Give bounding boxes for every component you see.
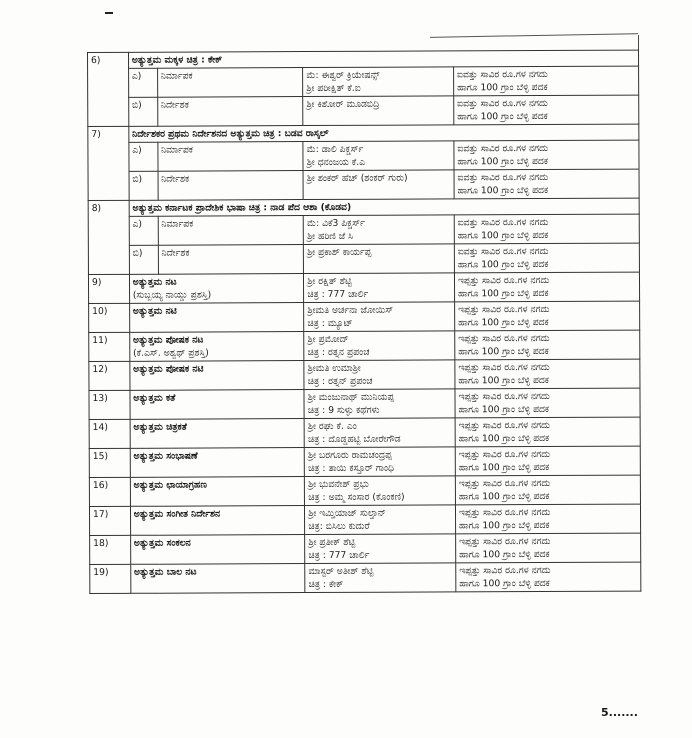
- awardee-line: ಮೆ: ವಿಕೆ3 ಪಿಕ್ಚರ್ಸ್: [307, 216, 451, 230]
- prize-cell: ಐವತ್ತು ಸಾವಿರ ರೂ.ಗಳ ನಗದುಹಾಗೂ 100 ಗ್ರಾಂ ಬೆ…: [454, 66, 639, 96]
- awardee-line: ಚಿತ್ರ : ರತ್ನನ್ ಪ್ರಪಂಚ: [308, 374, 452, 388]
- prize-cell: ಇಪ್ಪತ್ತು ಸಾವಿರ ರೂ.ಗಳ ನಗದುಹಾಗೂ 100 ಗ್ರಾಂ …: [456, 533, 641, 563]
- prize-line: ಇಪ್ಪತ್ತು ಸಾವಿರ ರೂ.ಗಳ ನಗದು: [459, 477, 637, 491]
- role-label: ನಿರ್ಮಾಪಕ: [157, 68, 303, 98]
- prize-line: ಹಾಗೂ 100 ಗ್ರಾಂ ಬೆಳ್ಳಿ ಪದಕ: [458, 403, 636, 417]
- award-category-cell: ಅತ್ಯುತ್ತಮ ಚಿತ್ರಕತೆ: [130, 419, 305, 449]
- award-category: ಅತ್ಯುತ್ತಮ ಪೋಷಕ ನಟ: [133, 333, 301, 347]
- awardee-line: ಚಿತ್ರ : ಅಮ್ಮ ಸಂಸಾರ (ಕೊಂಕಣಿ): [308, 490, 452, 504]
- prize-line: ಇಪ್ಪತ್ತು ಸಾವಿರ ರೂ.ಗಳ ನಗದು: [459, 506, 637, 520]
- prize-line: ಇಪ್ಪತ್ತು ಸಾವಿರ ರೂ.ಗಳ ನಗದು: [459, 448, 637, 462]
- prize-cell: ಐವತ್ತು ಸಾವಿರ ರೂ.ಗಳ ನಗದುಹಾಗೂ 100 ಗ್ರಾಂ ಬೆ…: [454, 243, 639, 273]
- award-row: 15)ಅತ್ಯುತ್ತಮ ಸಂಭಾಷಣೆಶ್ರೀ ಬರಗೂರು ರಾಮಚಂದ್ರ…: [89, 446, 640, 477]
- role-label: ನಿರ್ಮಾಪಕ: [158, 216, 304, 246]
- section-sub-row: ಬಿ)ನಿರ್ದೇಶಕಶ್ರೀ ಕಿಶೋರ್ ಮೂಡಬಿದ್ರಿಐವತ್ತು ಸ…: [88, 95, 639, 126]
- awardee-line: ಶ್ರೀ ಪರೀಕ್ಷಿತ್ ಕೆ.ಐ: [306, 81, 450, 95]
- award-category-cell: ಅತ್ಯುತ್ತಮ ಸಂಗೀತ ನಿರ್ದೇಶನ: [130, 506, 305, 536]
- award-category-cell: ಅತ್ಯುತ್ತಮ ಸಂಕಲನ: [130, 535, 305, 565]
- award-category-cell: ಅತ್ಯುತ್ತಮ ಛಾಯಾಗ್ರಹಣ: [130, 477, 305, 507]
- section-sub-row: ಬಿ)ನಿರ್ದೇಶಕಶ್ರೀ ಶಂಕರ್ ಹೆಚ್ (ಶಂಕರ್ ಗುರು)ಐ…: [88, 169, 639, 200]
- awardee-line: ಮೆ: ಡಾಲಿ ಪಿಕ್ಚರ್ಸ್: [307, 142, 451, 156]
- awardee-line: ಶ್ರೀ ಇಮ್ತಿಯಾಜ್ ಸುಲ್ತಾನ್: [308, 506, 452, 520]
- prize-line: ಇಪ್ಪತ್ತು ಸಾವಿರ ರೂ.ಗಳ ನಗದು: [458, 390, 636, 404]
- section-sub-row: ಬಿ)ನಿರ್ದೇಶಕಶ್ರೀ ಪ್ರಕಾಶ್ ಕಾರ್ಯಪ್ಪಐವತ್ತು ಸ…: [88, 243, 639, 274]
- awardee-cell: ಶ್ರೀ ರಘು ಕೆ. ಎಂಚಿತ್ರ : ದೊಡ್ಡಹಟ್ಟಿ ಬೋರೇಗೌ…: [304, 418, 455, 448]
- award-category: ಅತ್ಯುತ್ತಮ ನಟಿ: [133, 304, 301, 318]
- awardee-cell: ಶ್ರೀ ಮಂಜುನಾಥ್ ಮುನಿಯಪ್ಪಚಿತ್ರ : 9 ಸುಳ್ಳು ಕ…: [304, 389, 455, 419]
- awardee-cell: ಶ್ರೀ ಶಂಕರ್ ಹೆಚ್ (ಶಂಕರ್ ಗುರು): [303, 170, 454, 200]
- award-category: ಅತ್ಯುತ್ತಮ ಛಾಯಾಗ್ರಹಣ: [134, 478, 302, 492]
- award-number: 19): [90, 564, 131, 593]
- prize-line: ಹಾಗೂ 100 ಗ್ರಾಂ ಬೆಳ್ಳಿ ಪದಕ: [458, 258, 636, 272]
- award-row: 18)ಅತ್ಯುತ್ತಮ ಸಂಕಲನಶ್ರೀ ಪ್ರತೀಕ್ ಶೆಟ್ಟಿಚಿತ…: [90, 533, 641, 564]
- award-category-cell: ಅತ್ಯುತ್ತಮ ಬಾಲ ನಟ: [131, 564, 306, 594]
- award-category-note: (ಕೆ.ಎಸ್. ಅಶ್ವಥ್ ಪ್ರಶಸ್ತಿ): [133, 346, 301, 360]
- award-category: ಅತ್ಯುತ್ತಮ ನಟ: [133, 275, 301, 289]
- awards-table: 6)ಅತ್ಯುತ್ತಮ ಮಕ್ಕಳ ಚಿತ್ರ : ಕೇಕ್ಎ)ನಿರ್ಮಾಪಕ…: [87, 50, 641, 594]
- section-sub-row: ಎ)ನಿರ್ಮಾಪಕಮೆ: ಈಶ್ವರ್ ಕ್ರಿಯೇಷನ್ಸ್ಶ್ರೀ ಪರೀ…: [88, 66, 639, 97]
- section-sub-row: ಎ)ನಿರ್ಮಾಪಕಮೆ: ವಿಕೆ3 ಪಿಕ್ಚರ್ಸ್ಶ್ರೀ ಹರಿಣಿ …: [88, 214, 639, 245]
- role-label: ನಿರ್ದೇಶಕ: [158, 171, 304, 201]
- prize-line: ಇಪ್ಪತ್ತು ಸಾವಿರ ರೂ.ಗಳ ನಗದು: [458, 361, 636, 375]
- section-number: 8): [88, 200, 129, 274]
- award-category: ಅತ್ಯುತ್ತಮ ಸಂಗೀತ ನಿರ್ದೇಶನ: [134, 507, 302, 521]
- prize-cell: ಇಪ್ಪತ್ತು ಸಾವಿರ ರೂ.ಗಳ ನಗದುಹಾಗೂ 100 ಗ್ರಾಂ …: [455, 330, 640, 360]
- awardee-line: ಶ್ರೀ ಪ್ರಕಾಶ್ ಕಾರ್ಯಪ್ಪ: [307, 245, 451, 259]
- prize-line: ಐವತ್ತು ಸಾವಿರ ರೂ.ಗಳ ನಗದು: [457, 97, 635, 111]
- awardee-cell: ಶ್ರೀ ಕಿಶೋರ್ ಮೂಡಬಿದ್ರಿ: [303, 96, 454, 126]
- award-number: 10): [89, 303, 130, 332]
- award-row: 14)ಅತ್ಯುತ್ತಮ ಚಿತ್ರಕತೆಶ್ರೀ ರಘು ಕೆ. ಎಂಚಿತ್…: [89, 417, 640, 448]
- prize-cell: ಇಪ್ಪತ್ತು ಸಾವಿರ ರೂ.ಗಳ ನಗದುಹಾಗೂ 100 ಗ್ರಾಂ …: [455, 446, 640, 476]
- awardee-cell: ಮೆ: ಡಾಲಿ ಪಿಕ್ಚರ್ಸ್ಶ್ರೀ ಧನಂಜಯ ಕೆ.ಎ: [303, 141, 454, 171]
- award-category-note: (ಸುಬ್ಬಯ್ಯ ನಾಯ್ಡು ಪ್ರಶಸ್ತಿ): [133, 288, 301, 302]
- awardee-line: ಚಿತ್ರ: ಬಿಸಿಲು ಕುದುರೆ: [308, 519, 452, 533]
- award-number: 18): [90, 535, 131, 564]
- award-category-cell: ಅತ್ಯುತ್ತಮ ಕತೆ: [130, 390, 305, 420]
- prize-cell: ಇಪ್ಪತ್ತು ಸಾವಿರ ರೂ.ಗಳ ನಗದುಹಾಗೂ 100 ಗ್ರಾಂ …: [455, 417, 640, 447]
- prize-cell: ಐವತ್ತು ಸಾವಿರ ರೂ.ಗಳ ನಗದುಹಾಗೂ 100 ಗ್ರಾಂ ಬೆ…: [454, 169, 639, 199]
- role-label: ನಿರ್ದೇಶಕ: [158, 245, 304, 275]
- awardee-line: ಶ್ರೀ ಬರಗೂರು ರಾಮಚಂದ್ರಪ್ಪ: [308, 448, 452, 462]
- prize-cell: ಇಪ್ಪತ್ತು ಸಾವಿರ ರೂ.ಗಳ ನಗದುಹಾಗೂ 100 ಗ್ರಾಂ …: [455, 301, 640, 331]
- awardee-line: ಚಿತ್ರ : 777 ಚಾರ್ಲಿ: [308, 548, 452, 562]
- award-number: 14): [89, 419, 130, 448]
- awardee-line: ಶ್ರೀಮತಿ ಉಮಾಶ್ರೀ: [308, 361, 452, 375]
- role-label: ನಿರ್ದೇಶಕ: [157, 97, 303, 127]
- section-number: 7): [88, 126, 129, 200]
- sub-label: ಬಿ): [129, 171, 158, 200]
- previous-page-table-edge: [430, 33, 638, 38]
- sub-label: ಎ): [129, 216, 158, 245]
- sub-label: ಎ): [128, 68, 157, 97]
- prize-line: ಹಾಗೂ 100 ಗ್ರಾಂ ಬೆಳ್ಳಿ ಪದಕ: [457, 81, 635, 95]
- prize-line: ಹಾಗೂ 100 ಗ್ರಾಂ ಬೆಳ್ಳಿ ಪದಕ: [457, 110, 635, 124]
- prize-line: ಹಾಗೂ 100 ಗ್ರಾಂ ಬೆಳ್ಳಿ ಪದಕ: [458, 184, 636, 198]
- award-category: ಅತ್ಯುತ್ತಮ ಕತೆ: [133, 391, 301, 405]
- award-number: 16): [89, 477, 130, 506]
- prize-cell: ಇಪ್ಪತ್ತು ಸಾವಿರ ರೂ.ಗಳ ನಗದುಹಾಗೂ 100 ಗ್ರಾಂ …: [456, 562, 641, 592]
- award-row: 13)ಅತ್ಯುತ್ತಮ ಕತೆಶ್ರೀ ಮಂಜುನಾಥ್ ಮುನಿಯಪ್ಪಚಿ…: [89, 388, 640, 419]
- award-category-cell: ಅತ್ಯುತ್ತಮ ನಟ(ಸುಬ್ಬಯ್ಯ ನಾಯ್ಡು ಪ್ರಶಸ್ತಿ): [129, 274, 304, 304]
- award-category: ಅತ್ಯುತ್ತಮ ಸಂಭಾಷಣೆ: [134, 449, 302, 463]
- awardee-line: ಶ್ರೀ ಶಂಕರ್ ಹೆಚ್ (ಶಂಕರ್ ಗುರು): [307, 171, 451, 185]
- awardee-line: ಮಾಸ್ಟರ್ ಅತೀಶ್ ಶೆಟ್ಟಿ: [308, 564, 452, 578]
- award-number: 15): [89, 448, 130, 477]
- awardee-cell: ಮಾಸ್ಟರ್ ಅತೀಶ್ ಶೆಟ್ಟಿಚಿತ್ರ : ಕೇಕ್: [305, 563, 456, 593]
- award-category-cell: ಅತ್ಯುತ್ತಮ ಸಂಭಾಷಣೆ: [130, 448, 305, 478]
- awardee-line: ಶ್ರೀ ಹರಿಣಿ ಜೆ ಸಿ: [307, 229, 451, 243]
- prize-line: ಹಾಗೂ 100 ಗ್ರಾಂ ಬೆಳ್ಳಿ ಪದಕ: [459, 432, 637, 446]
- award-number: 9): [88, 274, 129, 303]
- scan-artifact-mark: [105, 12, 113, 14]
- awardee-cell: ಶ್ರೀ ಪ್ರತೀಕ್ ಶೆಟ್ಟಿಚಿತ್ರ : 777 ಚಾರ್ಲಿ: [305, 534, 456, 564]
- section-sub-row: ಎ)ನಿರ್ಮಾಪಕಮೆ: ಡಾಲಿ ಪಿಕ್ಚರ್ಸ್ಶ್ರೀ ಧನಂಜಯ ಕ…: [88, 140, 639, 171]
- award-row: 16)ಅತ್ಯುತ್ತಮ ಛಾಯಾಗ್ರಹಣಶ್ರೀ ಭುವನೇಶ್ ಪ್ರಭು…: [89, 475, 640, 506]
- award-category-cell: ಅತ್ಯುತ್ತಮ ನಟಿ: [129, 303, 304, 333]
- sub-label: ಬಿ): [128, 97, 157, 126]
- sub-label: ಎ): [129, 142, 158, 171]
- prize-cell: ಇಪ್ಪತ್ತು ಸಾವಿರ ರೂ.ಗಳ ನಗದುಹಾಗೂ 100 ಗ್ರಾಂ …: [455, 475, 640, 505]
- prize-line: ಹಾಗೂ 100 ಗ್ರಾಂ ಬೆಳ್ಳಿ ಪದಕ: [459, 519, 637, 533]
- role-label: ನಿರ್ಮಾಪಕ: [158, 142, 304, 172]
- sub-label: ಬಿ): [129, 245, 158, 274]
- awardee-cell: ಶ್ರೀಮತಿ ಉಮಾಶ್ರೀಚಿತ್ರ : ರತ್ನನ್ ಪ್ರಪಂಚ: [304, 360, 455, 390]
- prize-line: ಇಪ್ಪತ್ತು ಸಾವಿರ ರೂ.ಗಳ ನಗದು: [458, 332, 636, 346]
- award-category: ಅತ್ಯುತ್ತಮ ಬಾಲ ನಟ: [134, 565, 302, 579]
- prize-line: ಹಾಗೂ 100 ಗ್ರಾಂ ಬೆಳ್ಳಿ ಪದಕ: [458, 345, 636, 359]
- awardee-line: ಶ್ರೀ ಮಂಜುನಾಥ್ ಮುನಿಯಪ್ಪ: [308, 390, 452, 404]
- prize-line: ಐವತ್ತು ಸಾವಿರ ರೂ.ಗಳ ನಗದು: [458, 216, 636, 230]
- awardee-line: ಶ್ರೀಮತಿ ಅರ್ಚನಾ ಜೋಯಿಸ್: [307, 303, 451, 317]
- prize-cell: ಐವತ್ತು ಸಾವಿರ ರೂ.ಗಳ ನಗದುಹಾಗೂ 100 ಗ್ರಾಂ ಬೆ…: [454, 140, 639, 170]
- awardee-cell: ಶ್ರೀ ಇಮ್ತಿಯಾಜ್ ಸುಲ್ತಾನ್ಚಿತ್ರ: ಬಿಸಿಲು ಕುದ…: [305, 505, 456, 535]
- page-continuation-marker: 5.......: [601, 706, 638, 719]
- award-category-cell: ಅತ್ಯುತ್ತಮ ಪೋಷಕ ನಟಿ: [130, 361, 305, 391]
- awardee-line: ಚಿತ್ರ : ಕೇಕ್: [309, 577, 453, 591]
- prize-cell: ಇಪ್ಪತ್ತು ಸಾವಿರ ರೂ.ಗಳ ನಗದುಹಾಗೂ 100 ಗ್ರಾಂ …: [455, 504, 640, 534]
- prize-cell: ಇಪ್ಪತ್ತು ಸಾವಿರ ರೂ.ಗಳ ನಗದುಹಾಗೂ 100 ಗ್ರಾಂ …: [454, 272, 639, 302]
- awardee-line: ಶ್ರೀ ಧನಂಜಯ ಕೆ.ಎ: [307, 155, 451, 169]
- awardee-cell: ಮೆ: ಈಶ್ವರ್ ಕ್ರಿಯೇಷನ್ಸ್ಶ್ರೀ ಪರೀಕ್ಷಿತ್ ಕೆ.…: [303, 67, 454, 97]
- awardee-cell: ಮೆ: ವಿಕೆ3 ಪಿಕ್ಚರ್ಸ್ಶ್ರೀ ಹರಿಣಿ ಜೆ ಸಿ: [303, 215, 454, 245]
- awardee-line: ಚಿತ್ರ : 9 ಸುಳ್ಳು ಕಥೆಗಳು: [308, 403, 452, 417]
- prize-cell: ಐವತ್ತು ಸಾವಿರ ರೂ.ಗಳ ನಗದುಹಾಗೂ 100 ಗ್ರಾಂ ಬೆ…: [454, 214, 639, 244]
- awardee-line: ಶ್ರೀ ಪ್ರತೀಕ್ ಶೆಟ್ಟಿ: [308, 535, 452, 549]
- award-row: 10)ಅತ್ಯುತ್ತಮ ನಟಿಶ್ರೀಮತಿ ಅರ್ಚನಾ ಜೋಯಿಸ್ಚಿತ…: [89, 301, 640, 332]
- prize-cell: ಐವತ್ತು ಸಾವಿರ ರೂ.ಗಳ ನಗದುಹಾಗೂ 100 ಗ್ರಾಂ ಬೆ…: [454, 95, 639, 125]
- award-row: 17)ಅತ್ಯುತ್ತಮ ಸಂಗೀತ ನಿರ್ದೇಶನಶ್ರೀ ಇಮ್ತಿಯಾಜ…: [89, 504, 640, 535]
- award-number: 11): [89, 332, 130, 361]
- award-category: ಅತ್ಯುತ್ತಮ ಪೋಷಕ ನಟಿ: [133, 362, 301, 376]
- award-row: 19)ಅತ್ಯುತ್ತಮ ಬಾಲ ನಟಮಾಸ್ಟರ್ ಅತೀಶ್ ಶೆಟ್ಟಿಚ…: [90, 562, 641, 593]
- prize-line: ಹಾಗೂ 100 ಗ್ರಾಂ ಬೆಳ್ಳಿ ಪದಕ: [459, 490, 637, 504]
- awardee-cell: ಶ್ರೀ ಪ್ರಮೋದ್ಚಿತ್ರ : ರತ್ನನ ಪ್ರಪಂಚ: [304, 331, 455, 361]
- prize-line: ಹಾಗೂ 100 ಗ್ರಾಂ ಬೆಳ್ಳಿ ಪದಕ: [457, 155, 635, 169]
- award-number: 13): [89, 390, 130, 419]
- section-number: 6): [88, 52, 129, 126]
- awardee-line: ಮೆ: ಈಶ್ವರ್ ಕ್ರಿಯೇಷನ್ಸ್: [306, 68, 450, 82]
- awardee-cell: ಶ್ರೀಮತಿ ಅರ್ಚನಾ ಜೋಯಿಸ್ಚಿತ್ರ : ಮ್ಯೂಟ್: [304, 302, 455, 332]
- awardee-line: ಚಿತ್ರ : ದೊಡ್ಡಹಟ್ಟಿ ಬೋರೇಗೌಡ: [308, 432, 452, 446]
- prize-cell: ಇಪ್ಪತ್ತು ಸಾವಿರ ರೂ.ಗಳ ನಗದುಹಾಗೂ 100 ಗ್ರಾಂ …: [455, 359, 640, 389]
- awardee-line: ಚಿತ್ರ : ತಾಯಿ ಕಸ್ತೂರ್ ಗಾಂಧಿ: [308, 461, 452, 475]
- award-category-cell: ಅತ್ಯುತ್ತಮ ಪೋಷಕ ನಟ(ಕೆ.ಎಸ್. ಅಶ್ವಥ್ ಪ್ರಶಸ್ತ…: [129, 332, 304, 362]
- prize-cell: ಇಪ್ಪತ್ತು ಸಾವಿರ ರೂ.ಗಳ ನಗದುಹಾಗೂ 100 ಗ್ರಾಂ …: [455, 388, 640, 418]
- prize-line: ಇಪ್ಪತ್ತು ಸಾವಿರ ರೂ.ಗಳ ನಗದು: [458, 303, 636, 317]
- prize-line: ಐವತ್ತು ಸಾವಿರ ರೂ.ಗಳ ನಗದು: [457, 171, 635, 185]
- prize-line: ಇಪ್ಪತ್ತು ಸಾವಿರ ರೂ.ಗಳ ನಗದು: [459, 535, 637, 549]
- awardee-line: ಶ್ರೀ ರಕ್ಷಿತ್ ಶೆಟ್ಟಿ: [307, 274, 451, 288]
- award-row: 11)ಅತ್ಯುತ್ತಮ ಪೋಷಕ ನಟ(ಕೆ.ಎಸ್. ಅಶ್ವಥ್ ಪ್ರಶ…: [89, 330, 640, 361]
- prize-line: ಹಾಗೂ 100 ಗ್ರಾಂ ಬೆಳ್ಳಿ ಪದಕ: [459, 577, 637, 591]
- award-number: 17): [89, 506, 130, 535]
- prize-line: ಇಪ್ಪತ್ತು ಸಾವಿರ ರೂ.ಗಳ ನಗದು: [458, 274, 636, 288]
- prize-line: ಹಾಗೂ 100 ಗ್ರಾಂ ಬೆಳ್ಳಿ ಪದಕ: [459, 548, 637, 562]
- prize-line: ಇಪ್ಪತ್ತು ಸಾವಿರ ರೂ.ಗಳ ನಗದು: [459, 564, 637, 578]
- prize-line: ಹಾಗೂ 100 ಗ್ರಾಂ ಬೆಳ್ಳಿ ಪದಕ: [458, 374, 636, 388]
- awardee-cell: ಶ್ರೀ ಭುವನೇಶ್ ಪ್ರಭುಚಿತ್ರ : ಅಮ್ಮ ಸಂಸಾರ (ಕೊ…: [305, 476, 456, 506]
- prize-line: ಹಾಗೂ 100 ಗ್ರಾಂ ಬೆಳ್ಳಿ ಪದಕ: [458, 229, 636, 243]
- awardee-line: ಶ್ರೀ ಭುವನೇಶ್ ಪ್ರಭು: [308, 477, 452, 491]
- awardee-line: ಶ್ರೀ ಪ್ರಮೋದ್: [307, 332, 451, 346]
- prize-line: ಐವತ್ತು ಸಾವಿರ ರೂ.ಗಳ ನಗದು: [457, 68, 635, 82]
- award-row: 12)ಅತ್ಯುತ್ತಮ ಪೋಷಕ ನಟಿಶ್ರೀಮತಿ ಉಮಾಶ್ರೀಚಿತ್…: [89, 359, 640, 390]
- award-number: 12): [89, 361, 130, 390]
- awardee-cell: ಶ್ರೀ ರಕ್ಷಿತ್ ಶೆಟ್ಟಿಚಿತ್ರ : 777 ಚಾರ್ಲಿ: [304, 273, 455, 303]
- award-row: 9)ಅತ್ಯುತ್ತಮ ನಟ(ಸುಬ್ಬಯ್ಯ ನಾಯ್ಡು ಪ್ರಶಸ್ತಿ)…: [88, 272, 639, 303]
- awardee-line: ಚಿತ್ರ : ಮ್ಯೂಟ್: [307, 316, 451, 330]
- awardee-cell: ಶ್ರೀ ಬರಗೂರು ರಾಮಚಂದ್ರಪ್ಪಚಿತ್ರ : ತಾಯಿ ಕಸ್ತ…: [304, 447, 455, 477]
- award-category: ಅತ್ಯುತ್ತಮ ಸಂಕಲನ: [134, 536, 302, 550]
- awardee-line: ಚಿತ್ರ : 777 ಚಾರ್ಲಿ: [307, 287, 451, 301]
- prize-line: ಹಾಗೂ 100 ಗ್ರಾಂ ಬೆಳ್ಳಿ ಪದಕ: [458, 316, 636, 330]
- awardee-cell: ಶ್ರೀ ಪ್ರಕಾಶ್ ಕಾರ್ಯಪ್ಪ: [304, 244, 455, 274]
- prize-line: ಐವತ್ತು ಸಾವಿರ ರೂ.ಗಳ ನಗದು: [457, 142, 635, 156]
- awardee-line: ಶ್ರೀ ಕಿಶೋರ್ ಮೂಡಬಿದ್ರಿ: [306, 97, 450, 111]
- prize-line: ಹಾಗೂ 100 ಗ್ರಾಂ ಬೆಳ್ಳಿ ಪದಕ: [458, 287, 636, 301]
- awardee-line: ಚಿತ್ರ : ರತ್ನನ ಪ್ರಪಂಚ: [308, 345, 452, 359]
- prize-line: ಹಾಗೂ 100 ಗ್ರಾಂ ಬೆಳ್ಳಿ ಪದಕ: [459, 461, 637, 475]
- prize-line: ಇಪ್ಪತ್ತು ಸಾವಿರ ರೂ.ಗಳ ನಗದು: [459, 419, 637, 433]
- prize-line: ಐವತ್ತು ಸಾವಿರ ರೂ.ಗಳ ನಗದು: [458, 245, 636, 259]
- award-category: ಅತ್ಯುತ್ತಮ ಚಿತ್ರಕತೆ: [133, 420, 301, 434]
- awardee-line: ಶ್ರೀ ರಘು ಕೆ. ಎಂ: [308, 419, 452, 433]
